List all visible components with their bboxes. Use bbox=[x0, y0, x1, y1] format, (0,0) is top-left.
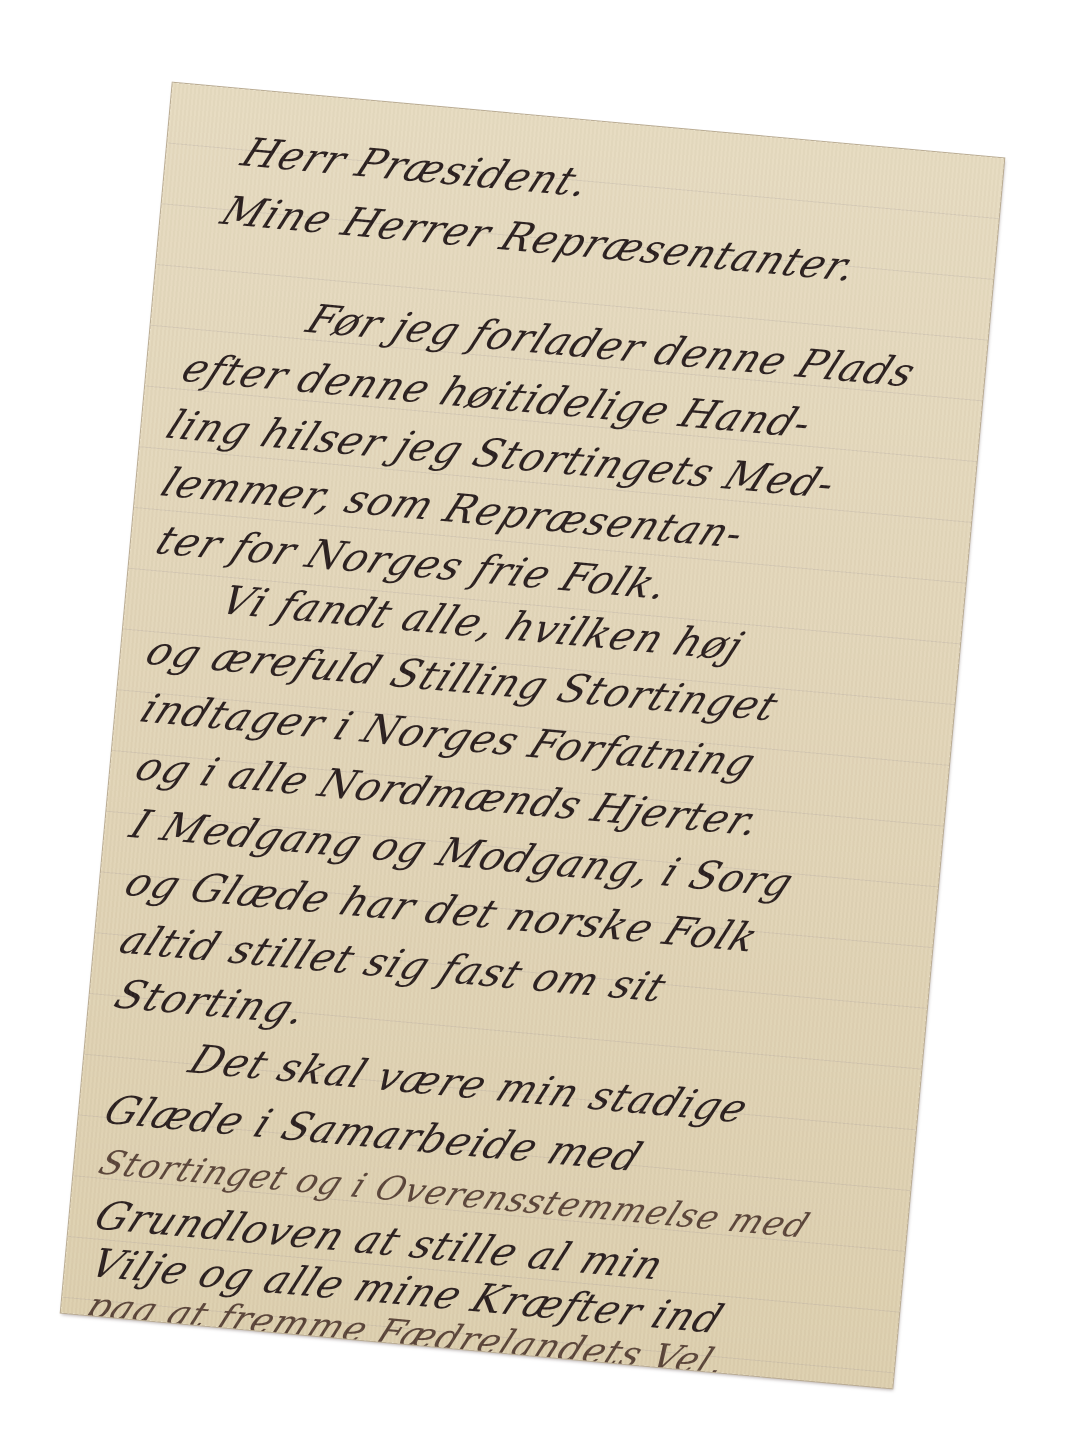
body-line-13: Storting. bbox=[108, 972, 315, 1034]
handwritten-letter-page: Herr Præsident. Mine Herrer Repræsentant… bbox=[61, 83, 1004, 1389]
salutation-line-2: Mine Herrer Repræsentanter. bbox=[214, 189, 865, 291]
letter-text: Herr Præsident. Mine Herrer Repræsentant… bbox=[173, 83, 1005, 159]
